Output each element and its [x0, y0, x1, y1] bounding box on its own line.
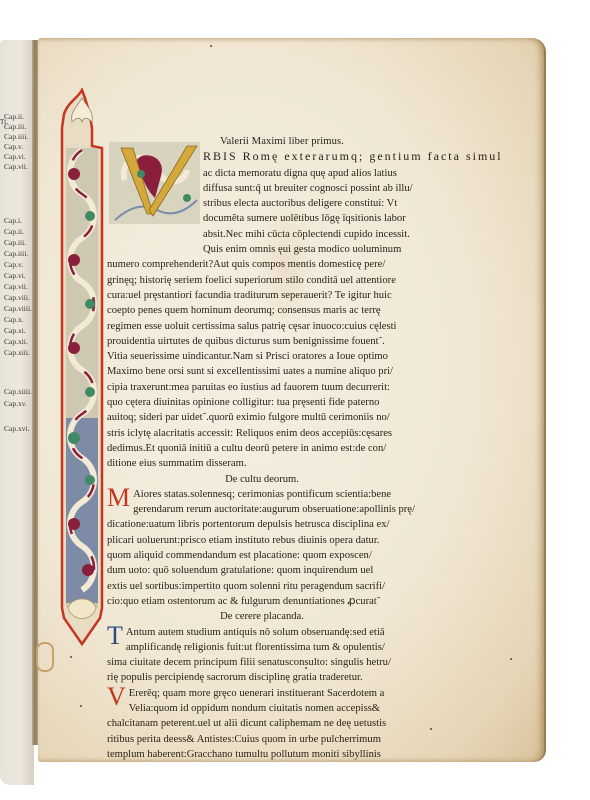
- section-heading: De cultu deorum.: [107, 472, 417, 487]
- margin-note: Cap.iii.: [4, 238, 26, 247]
- text-line: auitoq; sideri par uidet˜.quorū eximio f…: [107, 410, 417, 425]
- text-line: regimen esse uoluit certissima salus pat…: [107, 319, 417, 334]
- text-line: sima ciuitate decem principum filii sena…: [107, 655, 417, 670]
- foxing-spot: [510, 658, 512, 660]
- text-line: VErerēq; quam more gręco uenerari instit…: [107, 686, 417, 701]
- text-line: extis uel sortibus:impertito quom solenn…: [107, 579, 417, 594]
- text-line: quo cętera diuinitas opinione colligitur…: [107, 395, 417, 410]
- margin-note: Cap.xv.: [4, 399, 27, 408]
- margin-note: Cap.i.: [4, 216, 22, 225]
- text-line: plicari uoluerunt:prisco etiam instituto…: [107, 533, 417, 548]
- margin-note: Cap.xii.: [4, 337, 28, 346]
- margin-note: Cap.iiii.: [4, 249, 28, 258]
- left-page-fragment: Tt. Cap.ii. Cap.iii. Cap.iiii. Cap.v. Ca…: [0, 40, 34, 785]
- text-line: dum uoto: quō soluendum gratulatione: qu…: [107, 563, 417, 578]
- foxing-spot: [80, 705, 82, 707]
- text-line: MAiores statas.solennesq; cerimonias pon…: [107, 487, 417, 502]
- text-line: gerendarum rerum auctoritate:augurum obs…: [107, 502, 417, 517]
- text-line: dicatione:uatum libris portentorum depul…: [107, 517, 417, 532]
- text-line: ac dicta memoratu digna quę apud alios l…: [107, 166, 417, 181]
- thread-loop: [36, 642, 54, 672]
- margin-note: Cap.xiii.: [4, 348, 30, 357]
- text-line: documēta sumere uolētibus lōgę īqsitioni…: [107, 211, 417, 226]
- text-line: RBIS Romę exterarumq; gentium facta simu…: [107, 149, 417, 165]
- text-line: prouidentia uirtutes de quibus dicturus …: [107, 334, 417, 349]
- rubric-initial-m: M: [107, 487, 130, 509]
- margin-note: Cap.v.: [4, 142, 23, 151]
- text-line: grinęq; historię seriem foelici superior…: [107, 273, 417, 288]
- margin-note: Cap.ii.: [4, 227, 24, 236]
- text-line: cipia traxerunt:mea paruitas eo iustius …: [107, 380, 417, 395]
- margin-note: Cap.xvi.: [4, 424, 29, 433]
- text-line: numero comprehenderit?Aut quis compos me…: [107, 257, 417, 272]
- text-line: quom aliquid commendandum est placatione…: [107, 548, 417, 563]
- margin-note: Cap.ii.: [4, 112, 24, 121]
- text-line: stris iclytę alacritatis accessit: Reliq…: [107, 426, 417, 441]
- main-text: Valerii Maximi liber primus. RBIS Romę e…: [107, 134, 417, 762]
- text-line: Quis enim omnis ęui gesta modico uolumin…: [107, 242, 417, 257]
- text-line: stribus electa auctoribus deligere const…: [107, 196, 417, 211]
- text-line: cura:uel pręstantiori facundia tradituru…: [107, 288, 417, 303]
- text-line: Velia:quom id oppidum nondum ciuitatis n…: [107, 701, 417, 716]
- margin-note: Cap.iii.: [4, 122, 26, 131]
- margin-note: Cap.x.: [4, 315, 24, 324]
- text-line: diffusa sunt:q̄ ut breuiter cognosci pos…: [107, 181, 417, 196]
- margin-note: Cap.iiii.: [4, 132, 28, 141]
- margin-note: Cap.v.: [4, 260, 23, 269]
- margin-note: Cap.vii.: [4, 162, 28, 171]
- foxing-spot: [430, 728, 432, 730]
- margin-note: Cap.xiiii.: [4, 387, 32, 396]
- text-line: chalcitanam peterent.uel ut alii dicunt …: [107, 716, 417, 731]
- rubric-initial-t: T: [107, 625, 123, 647]
- text-line: coepto penes quem hominum deorumq; conse…: [107, 303, 417, 318]
- foxing-spot: [210, 45, 212, 47]
- margin-note: Cap.vii.: [4, 282, 28, 291]
- illuminated-border-icon: [58, 88, 106, 648]
- section-heading: De cerere placanda.: [107, 609, 417, 624]
- text-line: amplificandę religionis fuit:ut florenti…: [107, 640, 417, 655]
- text-line: rię populis percipiendę sacrorum discipl…: [107, 670, 417, 685]
- book-title: Valerii Maximi liber primus.: [107, 134, 417, 149]
- text-line: TAntum autem studium antiquis nō solum o…: [107, 625, 417, 640]
- text-line: absit.Nec mihi cūcta cōplectendi cupido …: [107, 227, 417, 242]
- margin-note: Cap.viii.: [4, 293, 30, 302]
- margin-note: Cap.xi.: [4, 326, 26, 335]
- foxing-spot: [70, 656, 72, 658]
- text-line: dedimus.Et quoniā initiū a cultu deorū p…: [107, 441, 417, 456]
- margin-note: Cap.viiii.: [4, 304, 32, 313]
- text-line: Maximo bene orsi sunt si excellentissimi…: [107, 364, 417, 379]
- rubric-initial-v: V: [107, 686, 126, 708]
- foxing-spot: [305, 667, 307, 669]
- text-line: ditione eius summatim disseram.: [107, 456, 417, 471]
- text-line: cio:quo etiam ostentorum ac & fulgurum d…: [107, 594, 417, 609]
- margin-note: Cap.vi.: [4, 271, 26, 280]
- text-line: ritibus perita deess& Antistes:Cuius quo…: [107, 732, 417, 747]
- text-line: Vitia seuerissime uindicantur.Nam si Pri…: [107, 349, 417, 364]
- text-line: templum haberent:Gracchano tumultu pollu…: [107, 747, 417, 762]
- margin-note: Cap.vi.: [4, 152, 26, 161]
